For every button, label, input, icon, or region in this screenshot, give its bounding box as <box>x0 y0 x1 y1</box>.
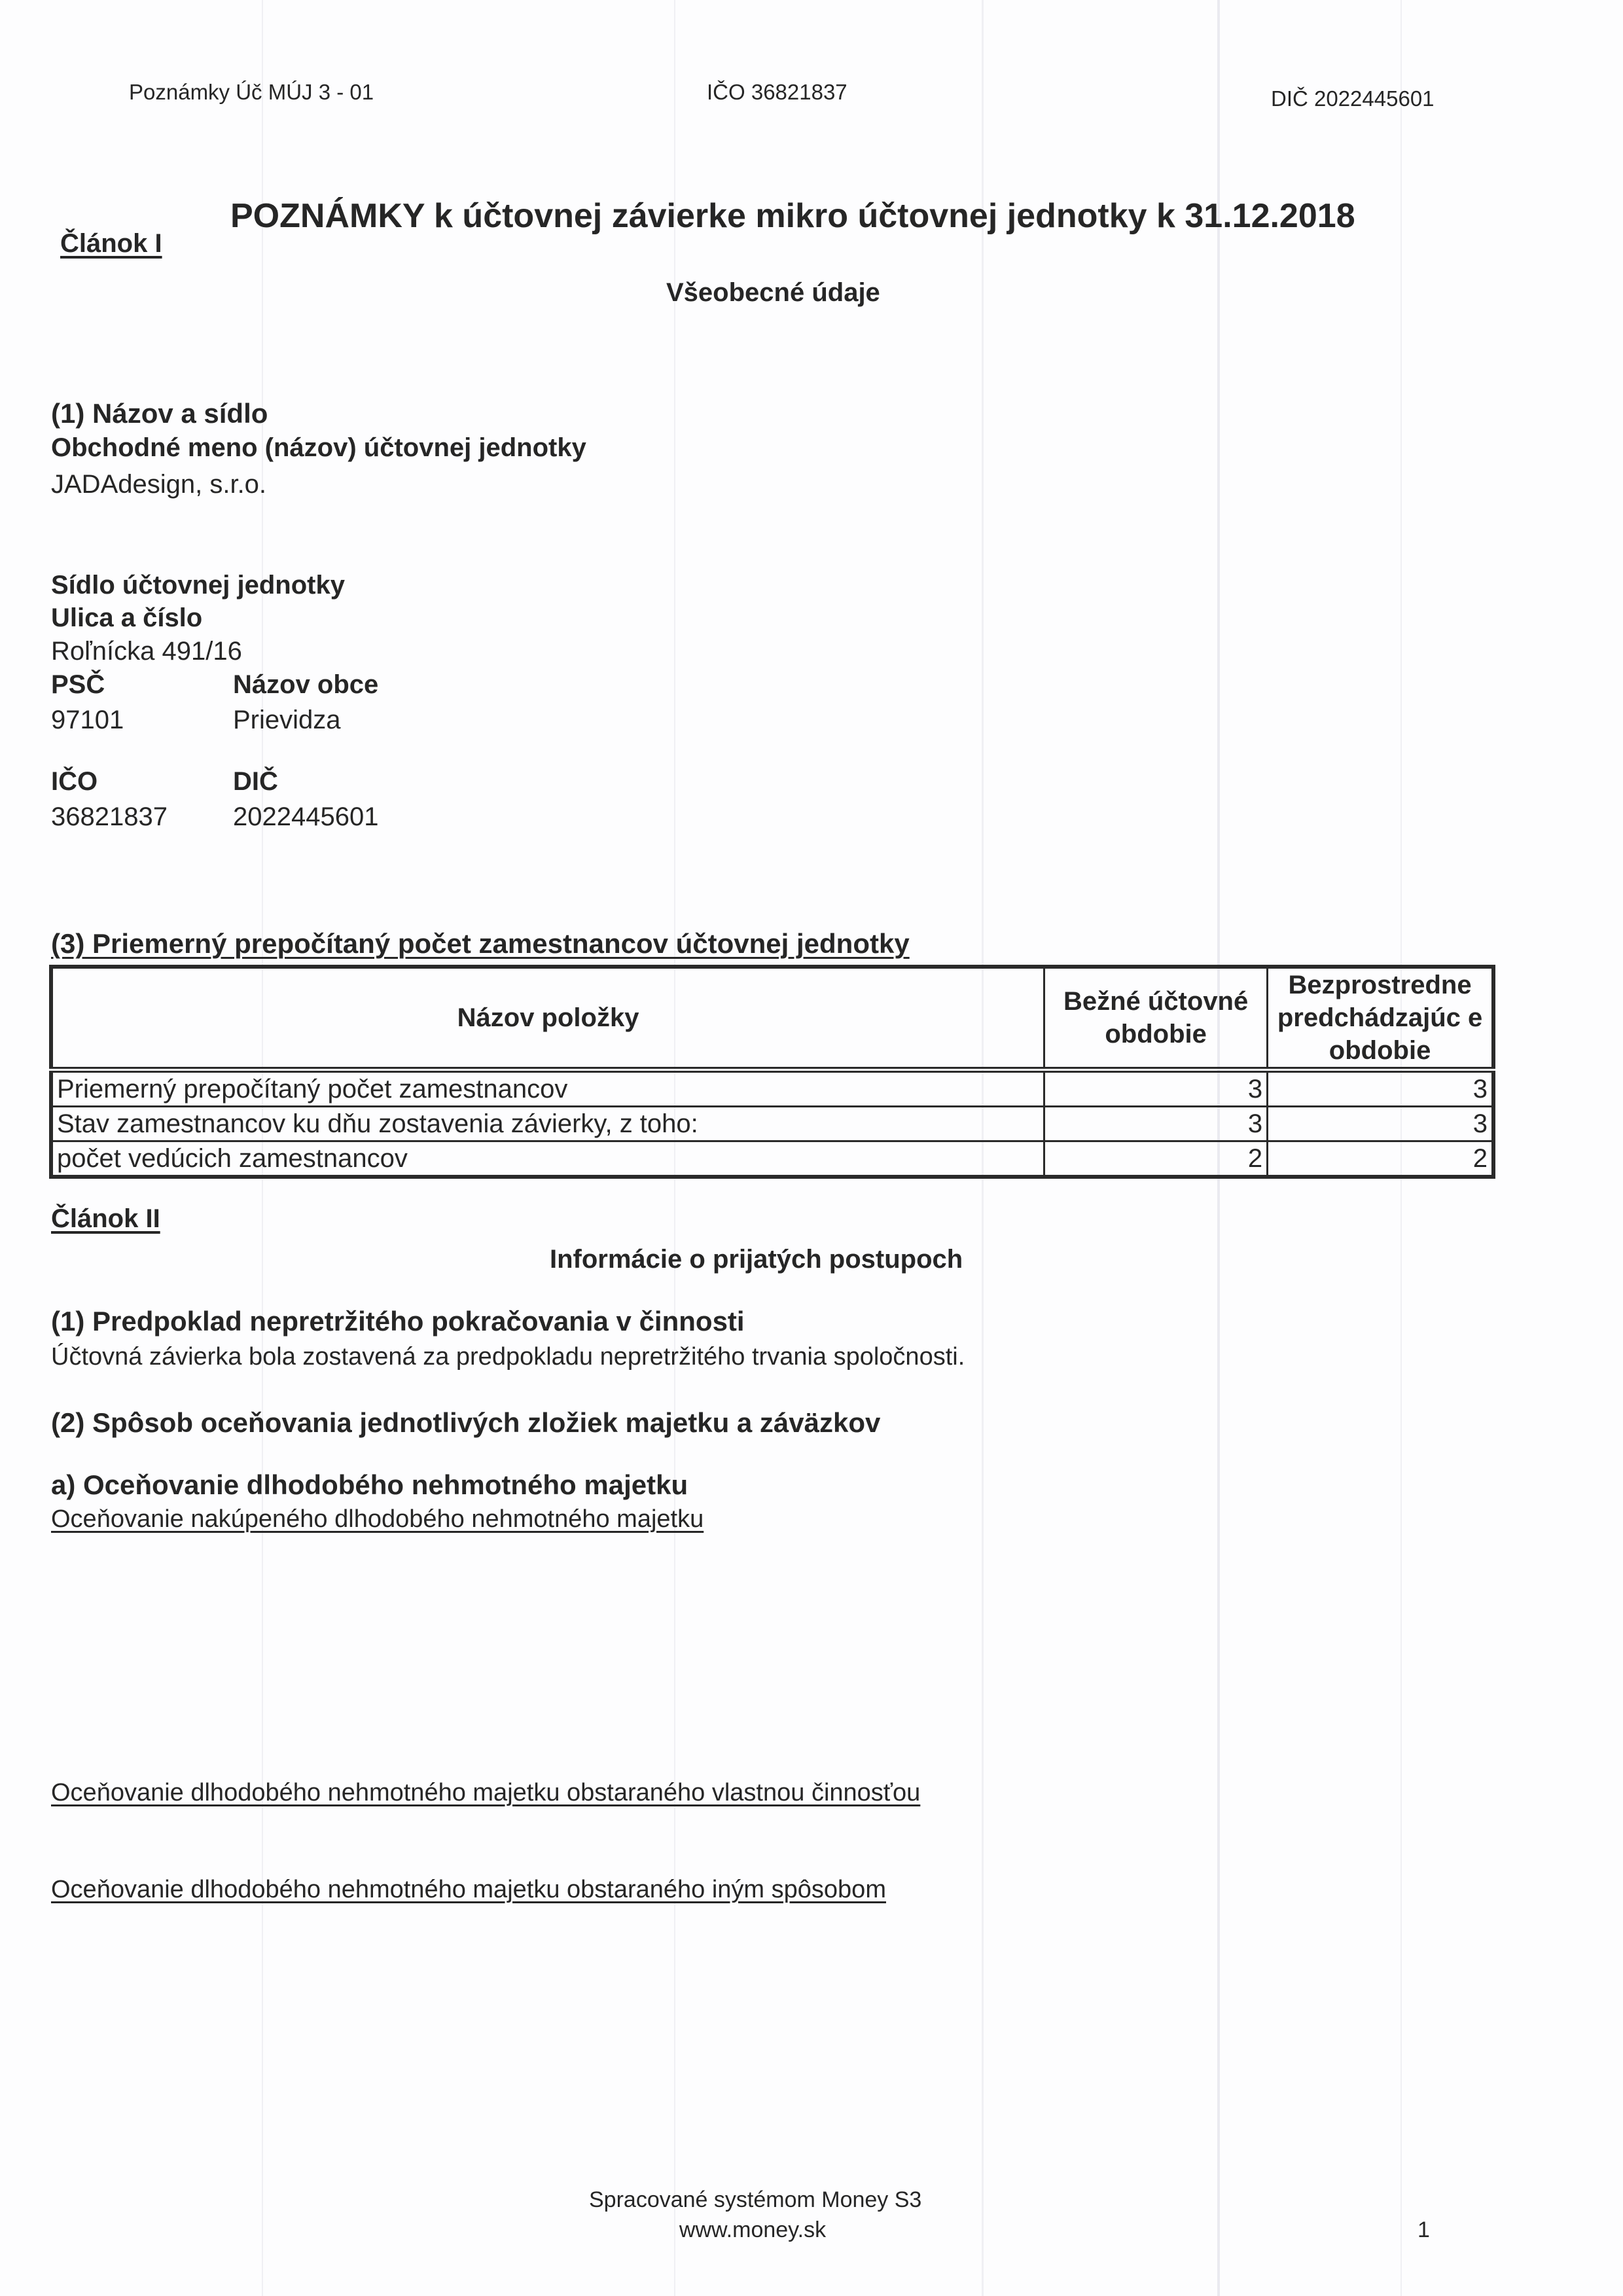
row-previous: 3 <box>1268 1107 1493 1141</box>
company-name-label: Obchodné meno (názov) účtovnej jednotky <box>51 433 586 463</box>
section-name-seat-heading: (1) Názov a sídlo <box>51 398 268 429</box>
header-ico: IČO 36821837 <box>707 80 847 105</box>
row-current: 3 <box>1044 1070 1268 1107</box>
street-value: Roľnícka 491/16 <box>51 637 242 666</box>
header-dic: DIČ 2022445601 <box>1271 86 1435 111</box>
dic-label: DIČ <box>233 767 278 797</box>
table-row: počet vedúcich zamestnancov 2 2 <box>51 1141 1493 1177</box>
psc-value: 97101 <box>51 706 124 735</box>
article-1-label: Článok I <box>60 229 162 259</box>
row-current: 3 <box>1044 1107 1268 1141</box>
document-title: POZNÁMKY k účtovnej závierke mikro účtov… <box>230 196 1355 236</box>
row-previous: 2 <box>1268 1141 1493 1177</box>
table-header-row: Názov položky Bežné účtovné obdobie Bezp… <box>51 967 1493 1070</box>
article-2-subtitle: Informácie o prijatých postupoch <box>550 1245 963 1274</box>
ico-value: 36821837 <box>51 802 168 832</box>
row-current: 2 <box>1044 1141 1268 1177</box>
row-name: Stav zamestnancov ku dňu zostavenia závi… <box>51 1107 1044 1141</box>
row-name: počet vedúcich zamestnancov <box>51 1141 1044 1177</box>
article-2-label: Článok II <box>51 1204 160 1234</box>
company-name: JADAdesign, s.r.o. <box>51 470 266 499</box>
city-value: Prievidza <box>233 706 341 735</box>
other-intangible-valuation: Oceňovanie dlhodobého nehmotného majetku… <box>51 1876 886 1904</box>
page-number: 1 <box>1418 2217 1430 2243</box>
employees-heading: (3) Priemerný prepočítaný počet zamestna… <box>51 928 910 960</box>
column-header-previous-period: Bezprostredne predchádzajúc e obdobie <box>1268 967 1493 1070</box>
going-concern-text: Účtovná závierka bola zostavená za predp… <box>51 1343 965 1371</box>
column-header-item-name: Názov položky <box>51 967 1044 1070</box>
footer-website[interactable]: www.money.sk <box>589 2217 916 2243</box>
dic-value: 2022445601 <box>233 802 378 832</box>
table-row: Priemerný prepočítaný počet zamestnancov… <box>51 1070 1493 1107</box>
purchased-intangible-valuation: Oceňovanie nakúpeného dlhodobého nehmotn… <box>51 1505 704 1534</box>
footer-software: Spracované systémom Money S3 <box>589 2187 916 2213</box>
column-header-current-period: Bežné účtovné obdobie <box>1044 967 1268 1070</box>
valuation-heading: (2) Spôsob oceňovania jednotlivých zloži… <box>51 1407 880 1439</box>
psc-label: PSČ <box>51 670 105 700</box>
city-label: Názov obce <box>233 670 378 700</box>
employees-table: Názov položky Bežné účtovné obdobie Bezp… <box>49 965 1495 1179</box>
intangible-assets-heading: a) Oceňovanie dlhodobého nehmotného maje… <box>51 1469 688 1501</box>
form-code: Poznámky Úč MÚJ 3 - 01 <box>129 80 374 105</box>
ico-label: IČO <box>51 767 98 797</box>
table-row: Stav zamestnancov ku dňu zostavenia závi… <box>51 1107 1493 1141</box>
seat-label: Sídlo účtovnej jednotky <box>51 571 345 600</box>
going-concern-heading: (1) Predpoklad nepretržitého pokračovani… <box>51 1306 745 1337</box>
article-1-subtitle: Všeobecné údaje <box>666 278 880 308</box>
row-previous: 3 <box>1268 1070 1493 1107</box>
self-made-intangible-valuation: Oceňovanie dlhodobého nehmotného majetku… <box>51 1779 920 1807</box>
street-label: Ulica a číslo <box>51 603 202 633</box>
row-name: Priemerný prepočítaný počet zamestnancov <box>51 1070 1044 1107</box>
